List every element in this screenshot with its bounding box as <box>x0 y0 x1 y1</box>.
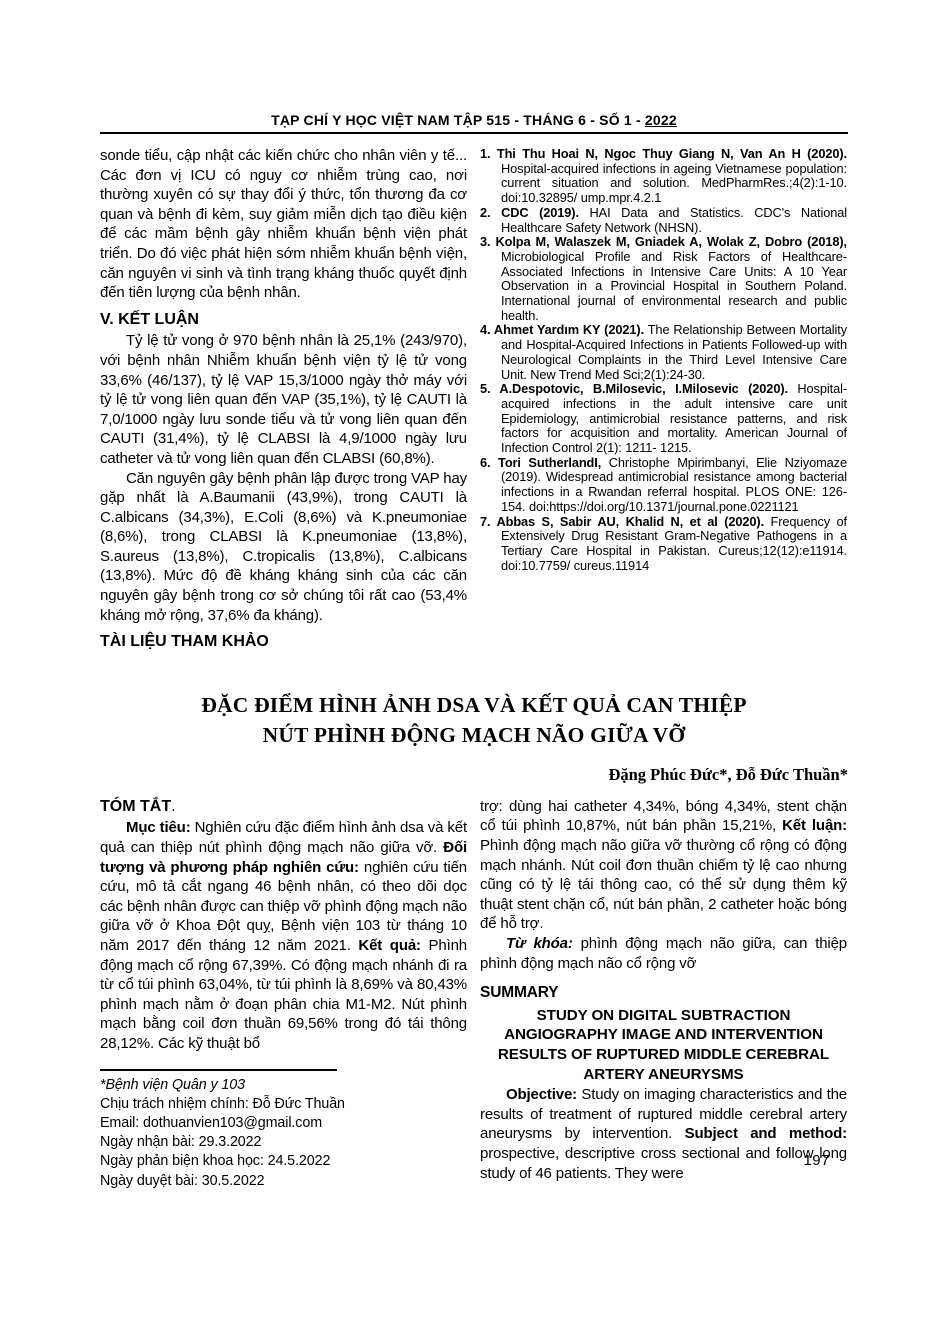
section-article1: sonde tiểu, cập nhật các kiến chức cho n… <box>100 146 848 654</box>
reference-item: 3. Kolpa M, Walaszek M, Gniadek A, Wolak… <box>480 235 847 323</box>
reference-item: 5. A.Despotovic, B.Milosevic, I.Milosevi… <box>480 382 847 456</box>
footnote-email: Email: dothuanvien103@gmail.com <box>100 1114 467 1133</box>
journal-page: TẠP CHÍ Y HỌC VIỆT NAM TẬP 515 - THÁNG 6… <box>0 0 942 1333</box>
method-label: Subject and method: <box>685 1125 847 1142</box>
ket-luan-label: Kết luận: <box>782 817 847 834</box>
article2-title-line2: NÚT PHÌNH ĐỘNG MẠCH NÃO GIỮA VỠ <box>100 720 848 750</box>
footnote-block: *Bệnh viện Quân y 103 Chịu trách nhiệm c… <box>100 1069 467 1191</box>
footnote-accepted-date: Ngày duyệt bài: 30.5.2022 <box>100 1172 467 1191</box>
summary-objective-paragraph: Objective: Study on imaging characterist… <box>480 1085 847 1183</box>
reference-authors: A.Despotovic, B.Milosevic, I.Milosevic (… <box>499 381 788 396</box>
reference-authors: Thi Thu Hoai N, Ngoc Thuy Giang N, Van A… <box>497 146 847 161</box>
footnote-review-date: Ngày phản biện khoa học: 24.5.2022 <box>100 1152 467 1171</box>
reference-authors: Ahmet Yardım KY (2021). <box>494 322 644 337</box>
article2-authors: Đặng Phúc Đức*, Đỗ Đức Thuần* <box>100 765 848 785</box>
reference-number: 1. <box>480 146 497 161</box>
article1-left-column: sonde tiểu, cập nhật các kiến chức cho n… <box>100 146 467 654</box>
article2-left-column: TÓM TẮT. Mục tiêu: Nghiên cứu đặc điểm h… <box>100 797 467 1191</box>
journal-header-year: 2022 <box>645 112 677 128</box>
references-heading: TÀI LIỆU THAM KHẢO <box>100 632 467 652</box>
reference-text: Hospital-acquired infections in ageing V… <box>501 161 847 205</box>
footnote-affiliation: *Bệnh viện Quân y 103 <box>100 1076 467 1095</box>
method-text: prospective, descriptive cross sectional… <box>480 1145 847 1182</box>
reference-number: 4. <box>480 322 494 337</box>
reference-number: 3. <box>480 234 495 249</box>
summary-heading: SUMMARY <box>480 983 847 1003</box>
section-article2: TÓM TẮT. Mục tiêu: Nghiên cứu đặc điểm h… <box>100 797 848 1191</box>
reference-authors: Tori SutherlandI, <box>498 455 601 470</box>
objective-label: Objective: <box>506 1086 577 1103</box>
article1-references-column: 1. Thi Thu Hoai N, Ngoc Thuy Giang N, Va… <box>480 147 847 654</box>
article1-continuation-paragraph: sonde tiểu, cập nhật các kiến chức cho n… <box>100 146 467 303</box>
reference-authors: Kolpa M, Walaszek M, Gniadek A, Wolak Z,… <box>495 234 847 249</box>
reference-item: 2. CDC (2019). HAI Data and Statistics. … <box>480 206 847 235</box>
article2-right-column: trợ: dùng hai catheter 4,34%, bóng 4,34%… <box>480 797 847 1191</box>
journal-header: TẠP CHÍ Y HỌC VIỆT NAM TẬP 515 - THÁNG 6… <box>100 112 848 134</box>
ket-qua-label: Kết quả: <box>358 937 420 954</box>
reference-authors: Abbas S, Sabir AU, Khalid N, et al (2020… <box>496 514 764 529</box>
reference-item: 6. Tori SutherlandI, Christophe Mpirimba… <box>480 456 847 515</box>
article2-title: ĐẶC ĐIỂM HÌNH ẢNH DSA VÀ KẾT QUẢ CAN THI… <box>100 690 848 750</box>
footnote-rule <box>100 1069 337 1071</box>
reference-item: 1. Thi Thu Hoai N, Ngoc Thuy Giang N, Va… <box>480 147 847 206</box>
tomtat-abstract-continued: trợ: dùng hai catheter 4,34%, bóng 4,34%… <box>480 797 847 934</box>
keywords-paragraph: Từ khóa: phình động mạch não giữa, can t… <box>480 934 847 973</box>
footnote-responsible: Chịu trách nhiệm chính: Đỗ Đức Thuần <box>100 1095 467 1114</box>
muc-tieu-label: Mục tiêu: <box>126 819 191 836</box>
conclusion-heading: V. KẾT LUẬN <box>100 310 467 330</box>
summary-english-title: STUDY ON DIGITAL SUBTRACTION ANGIOGRAPHY… <box>484 1006 843 1084</box>
tomtat-abstract: Mục tiêu: Nghiên cứu đặc điểm hình ảnh d… <box>100 818 467 1053</box>
tomtat-heading: TÓM TẮT. <box>100 797 467 817</box>
footnote-received-date: Ngày nhận bài: 29.3.2022 <box>100 1133 467 1152</box>
reference-number: 6. <box>480 455 498 470</box>
reference-number: 5. <box>480 381 499 396</box>
conclusion-paragraph-2: Căn nguyên gây bệnh phân lập được trong … <box>100 469 467 626</box>
ket-qua-text: Phình động mạch cổ rộng 67,39%. Có động … <box>100 937 467 1052</box>
journal-header-text: TẠP CHÍ Y HỌC VIỆT NAM TẬP 515 - THÁNG 6… <box>271 112 645 128</box>
reference-item: 7. Abbas S, Sabir AU, Khalid N, et al (2… <box>480 515 847 574</box>
reference-number: 7. <box>480 514 496 529</box>
reference-authors: CDC (2019). <box>501 205 579 220</box>
page-number: 197 <box>803 1152 830 1169</box>
reference-item: 4. Ahmet Yardım KY (2021). The Relations… <box>480 323 847 382</box>
keywords-label: Từ khóa: <box>506 935 573 952</box>
reference-text: Microbiological Profile and Risk Factors… <box>501 249 847 323</box>
reference-number: 2. <box>480 205 501 220</box>
article2-title-line1: ĐẶC ĐIỂM HÌNH ẢNH DSA VÀ KẾT QUẢ CAN THI… <box>100 690 848 720</box>
ket-luan-text: Phình động mạch não giữa vỡ thường cổ rộ… <box>480 837 847 932</box>
conclusion-paragraph-1: Tỷ lệ tử vong ở 970 bệnh nhân là 25,1% (… <box>100 331 467 468</box>
